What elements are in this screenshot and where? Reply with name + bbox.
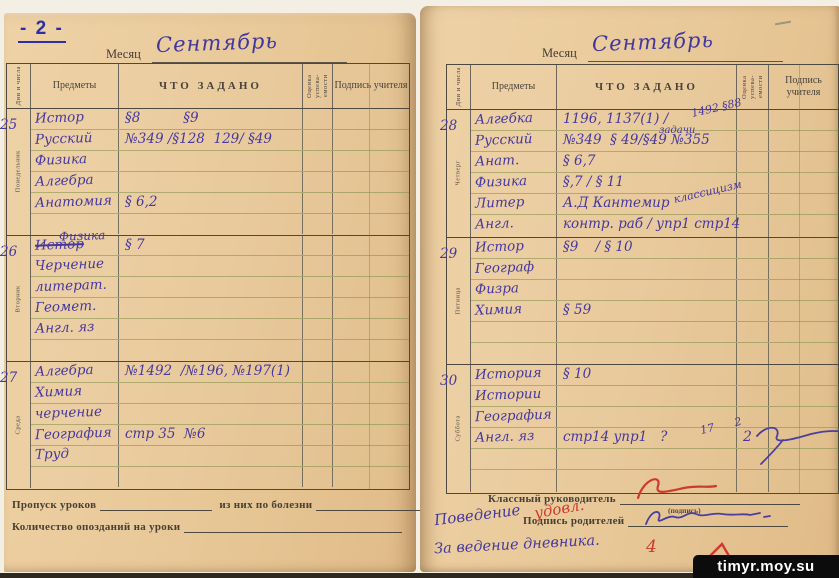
subject-text: Алгебка xyxy=(471,109,534,130)
header-grade: Оценка успева- емости xyxy=(303,64,333,108)
grade-cell xyxy=(303,109,333,129)
task-text: § 10 xyxy=(557,365,591,384)
subject-cell: Анат. xyxy=(471,152,557,172)
task-cell: стр 35 №6 xyxy=(119,425,303,445)
day-blocks-right: 28ЧетвергАлгебка1196, 1137(1) /1492 §88з… xyxy=(447,110,838,492)
class-teacher-signature-red xyxy=(632,472,722,504)
grade-cell xyxy=(737,386,769,406)
subject-text: Физра xyxy=(471,279,520,300)
grade-cell xyxy=(737,470,769,491)
subject-text: Алгебра xyxy=(31,171,94,192)
grade-cell xyxy=(303,236,333,256)
table-row: Англ.контр. раб / упр1 стр14 xyxy=(471,215,838,236)
subject-text: История xyxy=(471,364,542,385)
late-count-blank xyxy=(184,522,402,533)
subject-cell: Англ. яз xyxy=(471,428,557,448)
teacher-signature-cell xyxy=(333,298,409,318)
subject-text: Анат. xyxy=(471,151,520,172)
table-row: Истор§9 / § 10 xyxy=(471,238,838,259)
diary-scan: - 2 - Месяц Сентябрь Дни и числа Предмет… xyxy=(0,0,839,578)
day-rows: Алгебра№1492 /№196, №197(1)Химиячерчение… xyxy=(31,362,409,488)
task-text: №1492 /№196, №197(1) xyxy=(119,362,290,381)
teacher-signature-cell xyxy=(333,256,409,276)
table-row xyxy=(31,340,409,361)
month-underline xyxy=(588,61,783,62)
table-row: Геомет. xyxy=(31,298,409,319)
task-cell xyxy=(557,322,737,342)
task-cell xyxy=(119,404,303,424)
subject-text: Физика xyxy=(31,150,88,171)
teacher-signature-cell xyxy=(333,425,409,445)
subject-cell: География xyxy=(31,425,119,445)
task-cell xyxy=(557,343,737,364)
task-text: стр14 упр1 ? xyxy=(557,428,667,447)
day-cell: 26Вторник xyxy=(7,236,31,362)
subject-text: Литер xyxy=(471,193,525,214)
task-cell: § 59 xyxy=(557,301,737,321)
table-row: Географиястр 35 №6 xyxy=(31,425,409,446)
task-text: №349 /§128 129/ §49 xyxy=(119,130,272,149)
subject-cell: Алгебка xyxy=(471,110,557,130)
day-cell: 29Пятница xyxy=(447,238,471,365)
grade-cell xyxy=(737,259,769,279)
day-cell: 25Понедельник xyxy=(7,109,31,235)
subject-cell xyxy=(471,470,557,491)
day-block: 26ВторникИсторФизика§ 7Черчениелитерат.Г… xyxy=(7,236,409,363)
subject-cell: Истор xyxy=(31,109,119,129)
teacher-signature-blue xyxy=(753,424,839,468)
subject-cell: Геомет. xyxy=(31,298,119,318)
teacher-signature-cell xyxy=(333,446,409,466)
missed-lessons-label: Пропуск уроков xyxy=(12,499,96,511)
day-cell: 30Суббота xyxy=(447,365,471,492)
grade-cell xyxy=(303,467,333,488)
subject-cell: Англ. xyxy=(471,215,557,236)
task-cell xyxy=(119,383,303,403)
missed-lessons-blank xyxy=(100,500,212,511)
subject-text: Физика xyxy=(55,226,106,247)
subject-text: Русский xyxy=(31,129,93,150)
header-days-label: Дни и числа xyxy=(15,66,23,105)
subject-text: Труд xyxy=(31,444,70,464)
teacher-signature-cell xyxy=(333,319,409,339)
subject-cell: Черчение xyxy=(31,256,119,276)
month-label: Месяц xyxy=(542,46,577,60)
subject-text: литерат. xyxy=(31,276,107,298)
teacher-signature-cell xyxy=(769,301,838,321)
subject-cell: Химия xyxy=(471,301,557,321)
grade-cell xyxy=(737,131,769,151)
header-grade: Оценка успева- емости xyxy=(737,65,769,109)
subject-cell: Физра xyxy=(471,280,557,300)
task-cell: №349 § 49/§49 №355 xyxy=(557,131,737,151)
subject-cell xyxy=(471,343,557,364)
subject-text: Англ. xyxy=(471,215,514,235)
day-date: 25 xyxy=(0,117,17,133)
grade-cell xyxy=(737,194,769,214)
page-number: - 2 - xyxy=(18,18,66,43)
right-page: Месяц Сентябрь Дни и числа Предметы ЧТО … xyxy=(420,6,839,572)
table-row: ЛитерА.Д Кантемирклассицизм xyxy=(471,194,838,215)
subject-text: Истор xyxy=(31,108,85,129)
day-block: 28ЧетвергАлгебка1196, 1137(1) /1492 §88з… xyxy=(447,110,838,238)
footer-late-count: Количество опозданий на уроки xyxy=(12,521,406,533)
subject-text: Алгебра xyxy=(31,361,94,382)
table-header: Дни и числа Предметы ЧТО ЗАДАНО Оценка у… xyxy=(447,65,838,110)
subject-cell xyxy=(31,340,119,361)
subject-cell: Алгебра xyxy=(31,362,119,382)
teacher-signature-cell xyxy=(333,130,409,150)
day-block: 27СредаАлгебра№1492 /№196, №197(1)Химияч… xyxy=(7,362,409,488)
task-text: § 7 xyxy=(119,236,145,255)
subject-cell: Русский xyxy=(471,131,557,151)
grade-cell xyxy=(303,151,333,171)
table-row xyxy=(471,343,838,364)
task-cell: §9 / § 10 xyxy=(557,238,737,258)
month-label: Месяц xyxy=(106,47,141,61)
task-text: § 6,7 xyxy=(557,152,596,171)
table-row: Истории xyxy=(471,386,838,407)
grade-cell xyxy=(303,193,333,213)
subject-cell: черчение xyxy=(31,404,119,424)
table-row: Алгебка1196, 1137(1) /1492 §88задачи xyxy=(471,110,838,131)
subject-text: Англ. яз xyxy=(31,318,95,339)
task-subnote: задачи xyxy=(653,121,695,140)
table-row xyxy=(31,467,409,488)
task-cell xyxy=(119,446,303,466)
table-row: черчение xyxy=(31,404,409,425)
table-row: Физика xyxy=(31,151,409,172)
footer-missed-lessons: Пропуск уроков из них по болезни xyxy=(12,499,470,511)
table-row: Англ. язстр14 упр1 ?17 22 xyxy=(471,428,838,449)
task-cell: контр. раб / упр1 стр14 xyxy=(557,215,737,236)
teacher-signature-cell xyxy=(769,343,838,364)
grade-cell xyxy=(737,238,769,258)
table-row: Русский№349 /§128 129/ §49 xyxy=(31,130,409,151)
table-row: История§ 10 xyxy=(471,365,838,386)
table-row: Анат.§ 6,7 xyxy=(471,152,838,173)
table-header: Дни и числа Предметы ЧТО ЗАДАНО Оценка у… xyxy=(7,64,409,109)
day-rows: Истор§9 / § 10ГеографФизраХимия§ 59 xyxy=(471,238,838,365)
grade-cell xyxy=(737,110,769,130)
subject-cell: Физика xyxy=(31,151,119,171)
grade-cell xyxy=(303,362,333,382)
task-cell: §8 §9 xyxy=(119,109,303,129)
table-row: Алгебра xyxy=(31,172,409,193)
task-text: § 6,2 xyxy=(119,193,158,212)
teacher-signature-cell xyxy=(333,467,409,488)
task-text: §9 / § 10 xyxy=(557,238,633,257)
grade-cell xyxy=(737,280,769,300)
subject-cell: Алгебра xyxy=(31,172,119,192)
teacher-signature-cell xyxy=(769,470,838,491)
subject-text: Химия xyxy=(471,300,523,321)
task-cell xyxy=(557,280,737,300)
day-rows: Истор§8 §9Русский№349 /§128 129/ §49Физи… xyxy=(31,109,409,235)
task-cell xyxy=(119,256,303,276)
teacher-signature-cell xyxy=(333,340,409,361)
task-cell xyxy=(557,259,737,279)
subject-cell: Литер xyxy=(471,194,557,214)
teacher-signature-cell xyxy=(333,109,409,129)
subject-cell: Анатомия xyxy=(31,193,119,213)
task-cell: стр14 упр1 ?17 2 xyxy=(557,428,737,448)
day-date: 29 xyxy=(440,246,457,262)
subject-cell: Химия xyxy=(31,383,119,403)
teacher-signature-cell xyxy=(769,280,838,300)
subject-text: География xyxy=(471,406,552,428)
header-task: ЧТО ЗАДАНО xyxy=(119,64,303,108)
day-block: 25ПонедельникИстор§8 §9Русский№349 /§128… xyxy=(7,109,409,236)
day-date: 26 xyxy=(0,244,17,260)
task-text: 1196, 1137(1) / xyxy=(557,110,668,129)
subject-text: Черчение xyxy=(31,255,105,277)
header-subjects: Предметы xyxy=(471,65,557,109)
parent-signature xyxy=(642,504,772,530)
task-cell xyxy=(119,467,303,488)
late-count-label: Количество опозданий на уроки xyxy=(12,521,180,533)
day-blocks-left: 25ПонедельникИстор§8 §9Русский№349 /§128… xyxy=(7,109,409,488)
teacher-signature-cell xyxy=(333,404,409,424)
grade-cell xyxy=(303,383,333,403)
teacher-signature-cell xyxy=(769,238,838,258)
grade-cell xyxy=(737,301,769,321)
task-cell xyxy=(119,340,303,361)
behavior-note: Поведение xyxy=(433,501,521,529)
subject-text: География xyxy=(31,423,112,445)
task-cell xyxy=(119,214,303,235)
subject-text: Анатомия xyxy=(31,191,113,213)
task-text: §8 §9 xyxy=(119,109,199,128)
header-days: Дни и числа xyxy=(447,65,471,109)
grade-cell xyxy=(303,256,333,276)
task-cell: А.Д Кантемирклассицизм xyxy=(557,194,737,214)
grade-cell xyxy=(303,214,333,235)
subject-cell: Англ. яз xyxy=(31,319,119,339)
subject-cell xyxy=(471,322,557,342)
task-cell: 1196, 1137(1) /1492 §88задачи xyxy=(557,110,737,130)
task-cell: § 10 xyxy=(557,365,737,385)
task-text: А.Д Кантемир xyxy=(557,194,670,213)
illness-label: из них по болезни xyxy=(219,499,312,511)
table-row: Химия xyxy=(31,383,409,404)
subject-cell: Истор xyxy=(471,238,557,258)
subject-cell xyxy=(471,449,557,469)
table-row: Англ. яз xyxy=(31,319,409,340)
subject-cell: География xyxy=(471,407,557,427)
table-row: Черчение xyxy=(31,256,409,277)
day-rows: Алгебка1196, 1137(1) /1492 §88задачиРусс… xyxy=(471,110,838,237)
table-row: ИсторФизика§ 7 xyxy=(31,236,409,257)
task-text: §,7 / § 11 xyxy=(557,173,624,192)
subject-cell: Физика xyxy=(471,173,557,193)
header-grade-label: Оценка успева- емости xyxy=(741,65,765,109)
subject-text: Истории xyxy=(471,385,542,406)
teacher-signature-cell xyxy=(333,214,409,235)
grade-cell xyxy=(303,298,333,318)
teacher-signature-cell xyxy=(333,236,409,256)
task-cell xyxy=(119,172,303,192)
teacher-signature-cell xyxy=(769,173,838,193)
diary-keeping-note: За ведение дневника. xyxy=(434,533,600,558)
teacher-signature-cell xyxy=(769,365,838,385)
diary-keeping-grade: 4 xyxy=(646,537,657,557)
grade-cell xyxy=(303,425,333,445)
pen-dash-mark xyxy=(775,21,791,26)
subject-cell: Русский xyxy=(31,130,119,150)
grade-cell xyxy=(737,343,769,364)
subject-text: Геомет. xyxy=(31,297,97,318)
task-text: § 59 xyxy=(557,301,591,320)
task-cell xyxy=(119,277,303,297)
table-row: Алгебра№1492 /№196, №197(1) xyxy=(31,362,409,383)
table-row: Географ xyxy=(471,259,838,280)
table-row: Физра xyxy=(471,280,838,301)
header-grade-label: Оценка успева- емости xyxy=(306,64,330,108)
table-row: Химия§ 59 xyxy=(471,301,838,322)
table-row: Труд xyxy=(31,446,409,467)
subject-cell xyxy=(31,467,119,488)
table-row: Анатомия§ 6,2 xyxy=(31,193,409,214)
header-subjects: Предметы xyxy=(31,64,119,108)
task-cell xyxy=(119,151,303,171)
day-rows: ИсторФизика§ 7Черчениелитерат.Геомет.Анг… xyxy=(31,236,409,362)
grade-cell xyxy=(303,404,333,424)
task-text: контр. раб / упр1 стр14 xyxy=(557,215,740,234)
header-days-label: Дни и числа xyxy=(455,67,463,106)
teacher-signature-cell xyxy=(333,193,409,213)
grade-cell xyxy=(303,319,333,339)
task-cell: § 6,2 xyxy=(119,193,303,213)
subject-text: Англ. яз xyxy=(471,427,535,448)
header-days: Дни и числа xyxy=(7,64,31,108)
teacher-signature-cell xyxy=(769,259,838,279)
month-value-handwritten: Сентябрь xyxy=(156,29,279,57)
table-row: литерат. xyxy=(31,277,409,298)
task-text: стр 35 №6 xyxy=(119,425,205,444)
task-cell: №1492 /№196, №197(1) xyxy=(119,362,303,382)
teacher-signature-cell xyxy=(333,277,409,297)
teacher-signature-cell xyxy=(769,215,838,236)
teacher-signature-cell xyxy=(769,152,838,172)
subject-text: черчение xyxy=(31,403,103,424)
table-row: Физика§,7 / § 11 xyxy=(471,173,838,194)
watermark: timyr.moy.su xyxy=(693,555,839,578)
grade-cell xyxy=(303,130,333,150)
month-value-handwritten: Сентябрь xyxy=(592,28,715,56)
subject-text: Истор xyxy=(471,237,525,258)
grade-cell xyxy=(303,172,333,192)
table-row xyxy=(471,322,838,343)
day-cell: 28Четверг xyxy=(447,110,471,237)
grade-cell xyxy=(303,340,333,361)
teacher-signature-cell xyxy=(769,322,838,342)
subject-cell: История xyxy=(471,365,557,385)
grade-cell xyxy=(737,215,769,236)
grade-cell: 2 xyxy=(737,428,769,448)
subject-text: Химия xyxy=(31,382,83,403)
subject-cell: ИсторФизика xyxy=(31,236,119,256)
grade-cell xyxy=(737,322,769,342)
subject-text: Географ xyxy=(471,257,535,278)
day-date: 28 xyxy=(440,118,457,134)
task-cell xyxy=(119,298,303,318)
header-signature: Подпись учителя xyxy=(333,64,409,108)
subject-cell: Географ xyxy=(471,259,557,279)
task-cell: § 6,7 xyxy=(557,152,737,172)
margin-line xyxy=(369,64,370,489)
teacher-signature-cell xyxy=(769,110,838,130)
grade-cell xyxy=(303,446,333,466)
day-date: 27 xyxy=(0,370,17,386)
subject-text: Физика xyxy=(471,172,528,193)
subject-text: Русский xyxy=(471,130,533,151)
teacher-signature-cell xyxy=(769,194,838,214)
subject-cell: Истории xyxy=(471,386,557,406)
day-block: 29ПятницаИстор§9 / § 10ГеографФизраХимия… xyxy=(447,238,838,366)
subject-cell: Труд xyxy=(31,446,119,466)
teacher-signature-cell xyxy=(333,172,409,192)
task-cell xyxy=(119,319,303,339)
task-cell xyxy=(557,386,737,406)
teacher-signature-cell xyxy=(769,131,838,151)
left-page: - 2 - Месяц Сентябрь Дни и числа Предмет… xyxy=(4,13,416,572)
teacher-signature-cell xyxy=(333,362,409,382)
grade-cell xyxy=(737,365,769,385)
grade-value: 2 xyxy=(737,429,752,445)
grade-cell xyxy=(303,277,333,297)
grade-cell xyxy=(737,152,769,172)
teacher-signature-cell xyxy=(333,151,409,171)
teacher-signature-cell xyxy=(333,383,409,403)
homework-table-right: Дни и числа Предметы ЧТО ЗАДАНО Оценка у… xyxy=(446,64,839,494)
task-cell xyxy=(557,449,737,469)
teacher-signature-cell xyxy=(769,386,838,406)
table-row: Истор§8 §9 xyxy=(31,109,409,130)
day-cell: 27Среда xyxy=(7,362,31,488)
day-date: 30 xyxy=(440,373,457,389)
header-signature: Подпись учителя xyxy=(769,65,838,109)
subject-cell: литерат. xyxy=(31,277,119,297)
homework-table-left: Дни и числа Предметы ЧТО ЗАДАНО Оценка у… xyxy=(6,63,410,490)
task-cell: №349 /§128 129/ §49 xyxy=(119,130,303,150)
task-cell: § 7 xyxy=(119,236,303,256)
